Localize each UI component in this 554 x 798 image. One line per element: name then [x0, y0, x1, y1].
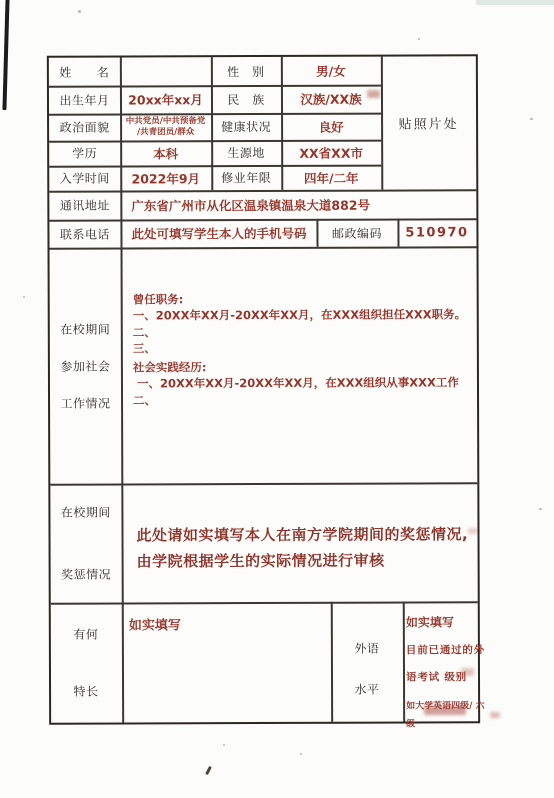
ethnicity-field: 汉族/XX族 — [281, 85, 381, 113]
social-work-line: 曾任职务: — [133, 291, 184, 307]
scan-edge-artifact — [2, 0, 9, 110]
specialty-value: 如实填写 — [129, 614, 181, 633]
specialty-label-line1: 有何 — [73, 626, 98, 643]
foreign-language-line: 如大学英语四级/ 六 — [406, 698, 484, 711]
foreign-language-line: 如实填写 — [406, 613, 454, 630]
scan-speck — [418, 38, 420, 40]
postal-label: 邮政编码 — [316, 219, 397, 247]
political-label: 政治面貌 — [49, 113, 120, 140]
birth-label: 出生年月 — [49, 85, 120, 113]
foreign-language-line: 语考试 级别 — [406, 669, 467, 684]
registration-form-table: 姓 名 性 别 男/女 出生年月 20xx年xx月 民 族 汉族/XX族 政治面… — [47, 54, 480, 725]
scan-speck — [78, 10, 81, 13]
social-work-field: 曾任职务: 一、20XX年XX月-20XX年XX月，在XXX组织担任XXX职务。… — [121, 246, 478, 483]
social-work-line: 一、20XX年XX月-20XX年XX月，在XXX组织从事XXX工作 — [133, 375, 459, 392]
foreign-language-label-line1: 外语 — [354, 640, 379, 657]
gender-field: 男/女 — [281, 57, 381, 85]
postal-field: 510970 — [397, 218, 476, 246]
social-work-line: 二、 — [133, 392, 156, 408]
scan-speck — [300, 753, 302, 755]
scanned-form-page: 姓 名 性 别 男/女 出生年月 20xx年xx月 民 族 汉族/XX族 政治面… — [0, 0, 554, 798]
social-work-line: 社会实践经历: — [133, 359, 207, 376]
foreign-language-label: 外语 水平 — [331, 602, 403, 722]
scan-speck — [205, 766, 212, 775]
ethnicity-label: 民 族 — [211, 85, 281, 113]
education-field: 本科 — [120, 140, 211, 165]
foreign-language-line: 级 — [406, 716, 415, 729]
foreign-language-label-line2: 水平 — [355, 681, 380, 698]
awards-label-line1: 在校期间 — [61, 504, 111, 521]
gender-label: 性 别 — [211, 57, 281, 85]
photo-box: 贴照片处 — [381, 56, 476, 189]
social-work-line: 一、20XX年XX月-20XX年XX月，在XXX组织担任XXX职务。 — [133, 307, 466, 324]
foreign-language-line: 目前已通过的外 — [406, 642, 485, 657]
address-label: 通讯地址 — [49, 190, 120, 219]
scan-speck — [530, 118, 533, 120]
education-label: 学历 — [49, 140, 120, 165]
social-work-line: 二、 — [133, 324, 156, 340]
origin-label: 生源地 — [211, 140, 281, 165]
scan-speck — [539, 508, 542, 510]
awards-field: 此处请如实填写本人在南方学院期间的奖惩情况, 由学院根据学生的实际情况进行审核 — [121, 482, 477, 602]
social-work-line: 三、 — [133, 340, 156, 356]
social-work-label-line3: 工作情况 — [60, 394, 110, 411]
birth-field: 20xx年xx月 — [120, 85, 211, 113]
red-ink-smudge — [490, 712, 500, 718]
social-work-label-line1: 在校期间 — [60, 320, 110, 337]
awards-line: 由学院根据学生的实际情况进行审核 — [137, 548, 385, 574]
address-field: 广东省广州市从化区温泉镇温泉大道882号 — [120, 189, 476, 219]
health-label: 健康状况 — [211, 113, 281, 140]
enrollment-label: 入学时间 — [49, 165, 120, 190]
political-field: 中共党员/中共预备党 /共青团员/群众 — [120, 113, 211, 140]
duration-field: 四年/二年 — [281, 165, 381, 190]
foreign-language-field: 如实填写 目前已通过的外 语考试 级别 如大学英语四级/ 六 级 — [403, 601, 478, 721]
social-work-label-line2: 参加社会 — [60, 357, 110, 374]
political-field-line1: 中共党员/中共预备党 — [126, 116, 206, 127]
awards-label: 在校期间 奖惩情况 — [50, 483, 121, 602]
name-label: 姓 名 — [49, 57, 120, 85]
awards-line: 此处请如实填写本人在南方学院期间的奖惩情况, — [136, 522, 468, 549]
political-field-line2: /共青团员/群众 — [137, 127, 194, 138]
phone-label: 联系电话 — [49, 219, 120, 247]
duration-label: 修业年限 — [211, 165, 281, 190]
enrollment-field: 2022年9月 — [120, 165, 211, 190]
scan-tint-artifact — [476, 0, 554, 5]
scan-speck — [223, 744, 225, 746]
scan-speck — [23, 296, 25, 298]
health-field: 良好 — [281, 113, 381, 140]
specialty-label: 有何 特长 — [51, 602, 121, 722]
awards-label-line2: 奖惩情况 — [61, 566, 111, 583]
origin-field: XX省XX市 — [281, 140, 381, 165]
social-work-label: 在校期间 参加社会 工作情况 — [50, 247, 122, 483]
phone-field: 此处可填写学生本人的手机号码 — [120, 219, 316, 248]
specialty-label-line2: 特长 — [74, 683, 99, 700]
name-field — [120, 57, 211, 85]
specialty-field: 如实填写 — [121, 602, 331, 723]
